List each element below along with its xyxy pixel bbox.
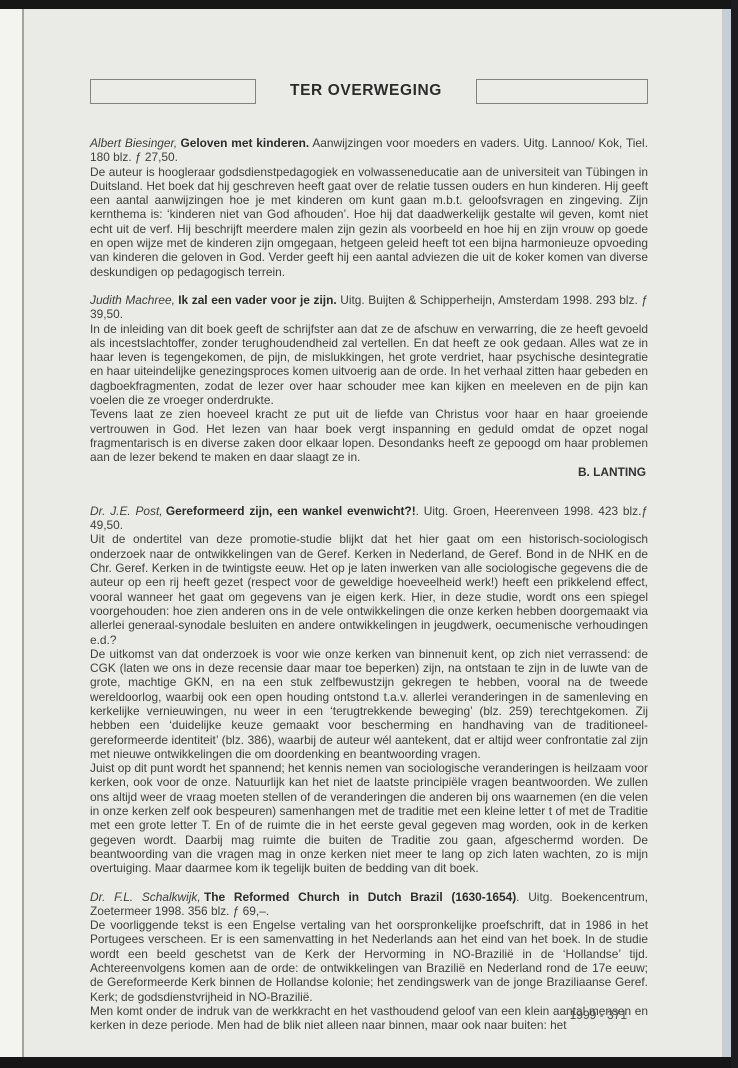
review-book-title: Ik zal een vader voor je zijn. [178,293,336,307]
reviewer-signature: B. LANTING [90,465,648,479]
review-author: Dr. F.L. Schalkwijk, [90,890,201,904]
review-book-title: Geloven met kinderen. [180,136,309,150]
review-paragraph: Uit de ondertitel van deze promotie-stud… [90,532,648,646]
header-box-left [90,79,256,104]
section-header: TER OVERWEGING [90,77,648,105]
review-author: Dr. J.E. Post, [90,504,163,518]
review-author: Judith Machree, [90,293,175,307]
review-paragraph: De uitkomst van dat onderzoek is voor wi… [90,647,648,761]
scan-edge-bottom-bar [0,1057,738,1068]
scan-edge-top-bar [0,0,738,9]
review-heading: Dr. F.L. Schalkwijk,The Reformed Church … [90,890,648,919]
review-paragraph: De voorliggende tekst is een Engelse ver… [90,918,648,1004]
header-box-right [476,79,648,104]
review-paragraph: In de inleiding van dit boek geeft de sc… [90,322,648,408]
page-number: 1999 - 371 [90,1008,627,1022]
review-paragraph: Tevens laat ze zien hoeveel kracht ze pu… [90,407,648,464]
review-paragraph: De auteur is hoogleraar godsdienstpedago… [90,165,648,279]
review-book-title: The Reformed Church in Dutch Brazil (163… [204,890,516,904]
scanned-journal-page: TER OVERWEGING Albert Biesinger,Geloven … [0,0,738,1068]
review-heading: Albert Biesinger,Geloven met kinderen. A… [90,136,648,165]
review-heading: Judith Machree,Ik zal een vader voor je … [90,293,648,322]
page-content: TER OVERWEGING Albert Biesinger,Geloven … [90,9,648,1033]
review-book-title: Gereformeerd zijn, een wankel evenwicht?… [166,504,416,518]
book-review-machree: Judith Machree,Ik zal een vader voor je … [90,293,648,479]
review-heading: Dr. J.E. Post,Gereformeerd zijn, een wan… [90,504,648,533]
page-margin-left-strip [0,9,22,1057]
page-fold-line [22,9,24,1057]
review-paragraph: Juist op dit punt wordt het spannend; he… [90,761,648,875]
review-author: Albert Biesinger, [90,136,177,150]
book-review-post: Dr. J.E. Post,Gereformeerd zijn, een wan… [90,504,648,876]
section-title: TER OVERWEGING [256,82,476,100]
book-review-biesinger: Albert Biesinger,Geloven met kinderen. A… [90,136,648,279]
scan-edge-right-bar [731,0,738,1068]
page-edge-right-tint [722,9,731,1057]
